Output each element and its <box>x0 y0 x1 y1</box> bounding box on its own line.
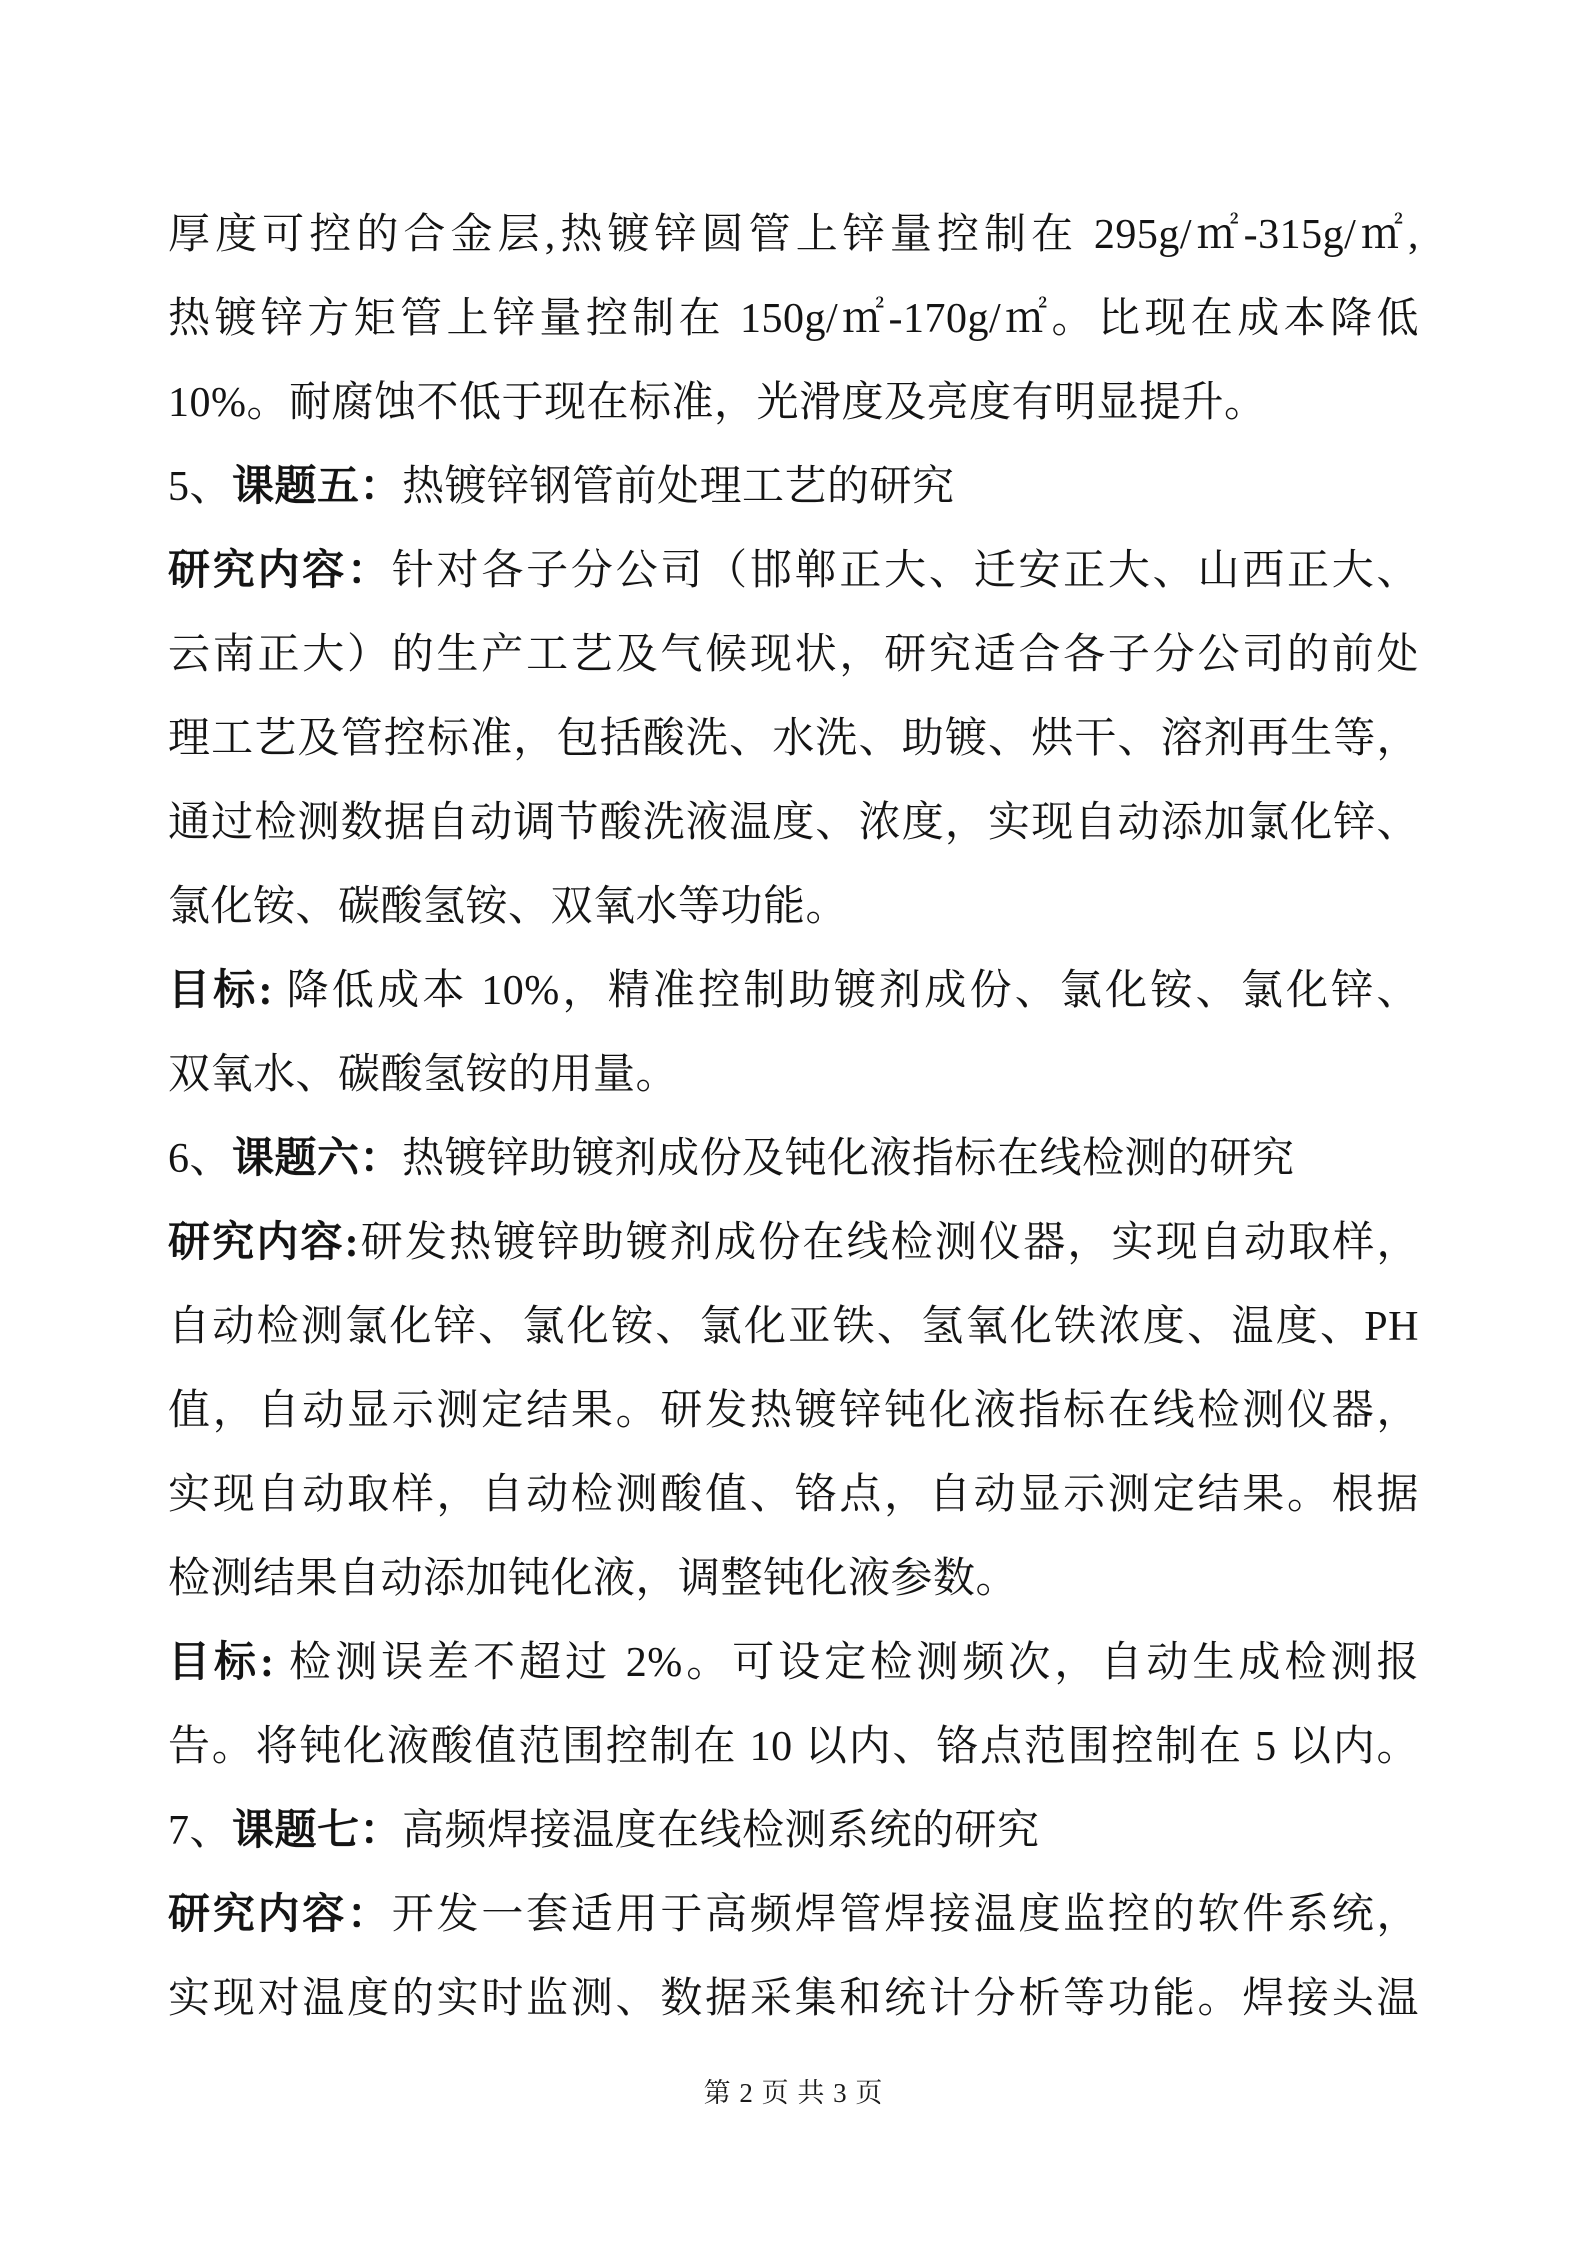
text-line: 目标: 降低成本 10%，精准控制助镀剂成份、氯化铵、氯化锌、 <box>168 949 1419 1033</box>
document-page: 厚度可控的合金层,热镀锌圆管上锌量控制在 295g/㎡-315g/㎡, 热镀锌方… <box>0 0 1587 2245</box>
text-line: 通过检测数据自动调节酸洗液温度、浓度，实现自动添加氯化锌、 <box>168 781 1419 865</box>
text-line: 告。将钝化液酸值范围控制在 10 以内、铬点范围控制在 5 以内。 <box>168 1705 1419 1789</box>
text-line: 值，自动显示测定结果。研发热镀锌钝化液指标在线检测仪器， <box>168 1369 1419 1453</box>
text-line: 厚度可控的合金层,热镀锌圆管上锌量控制在 295g/㎡-315g/㎡, <box>168 193 1419 277</box>
section-heading: 7、课题七：高频焊接温度在线检测系统的研究 <box>168 1789 1419 1873</box>
text-line: 检测结果自动添加钝化液，调整钝化液参数。 <box>168 1537 1419 1621</box>
section-heading: 5、课题五：热镀锌钢管前处理工艺的研究 <box>168 445 1419 529</box>
text-line: 目标: 检测误差不超过 2%。可设定检测频次，自动生成检测报 <box>168 1621 1419 1705</box>
text-line: 研究内容:研发热镀锌助镀剂成份在线检测仪器，实现自动取样， <box>168 1201 1419 1285</box>
text-line: 实现自动取样，自动检测酸值、铬点，自动显示测定结果。根据 <box>168 1453 1419 1537</box>
text-line: 自动检测氯化锌、氯化铵、氯化亚铁、氢氧化铁浓度、温度、PH <box>168 1285 1419 1369</box>
text-line: 理工艺及管控标准，包括酸洗、水洗、助镀、烘干、溶剂再生等， <box>168 697 1419 781</box>
text-line: 实现对温度的实时监测、数据采集和统计分析等功能。焊接头温 <box>168 1957 1419 2041</box>
text-line: 研究内容：针对各子分公司（邯郸正大、迁安正大、山西正大、 <box>168 529 1419 613</box>
text-line: 氯化铵、碳酸氢铵、双氧水等功能。 <box>168 865 1419 949</box>
text-line: 双氧水、碳酸氢铵的用量。 <box>168 1033 1419 1117</box>
text-line: 研究内容：开发一套适用于高频焊管焊接温度监控的软件系统， <box>168 1873 1419 1957</box>
page-footer: 第 2 页 共 3 页 <box>0 2072 1587 2114</box>
text-line: 云南正大）的生产工艺及气候现状，研究适合各子分公司的前处 <box>168 613 1419 697</box>
section-heading: 6、课题六：热镀锌助镀剂成份及钝化液指标在线检测的研究 <box>168 1117 1419 1201</box>
page-number-label: 第 2 页 共 3 页 <box>704 2078 884 2108</box>
text-line: 热镀锌方矩管上锌量控制在 150g/㎡-170g/㎡。比现在成本降低 <box>168 277 1419 361</box>
text-line: 10%。耐腐蚀不低于现在标准，光滑度及亮度有明显提升。 <box>168 361 1419 445</box>
document-body: 厚度可控的合金层,热镀锌圆管上锌量控制在 295g/㎡-315g/㎡, 热镀锌方… <box>168 193 1419 2041</box>
